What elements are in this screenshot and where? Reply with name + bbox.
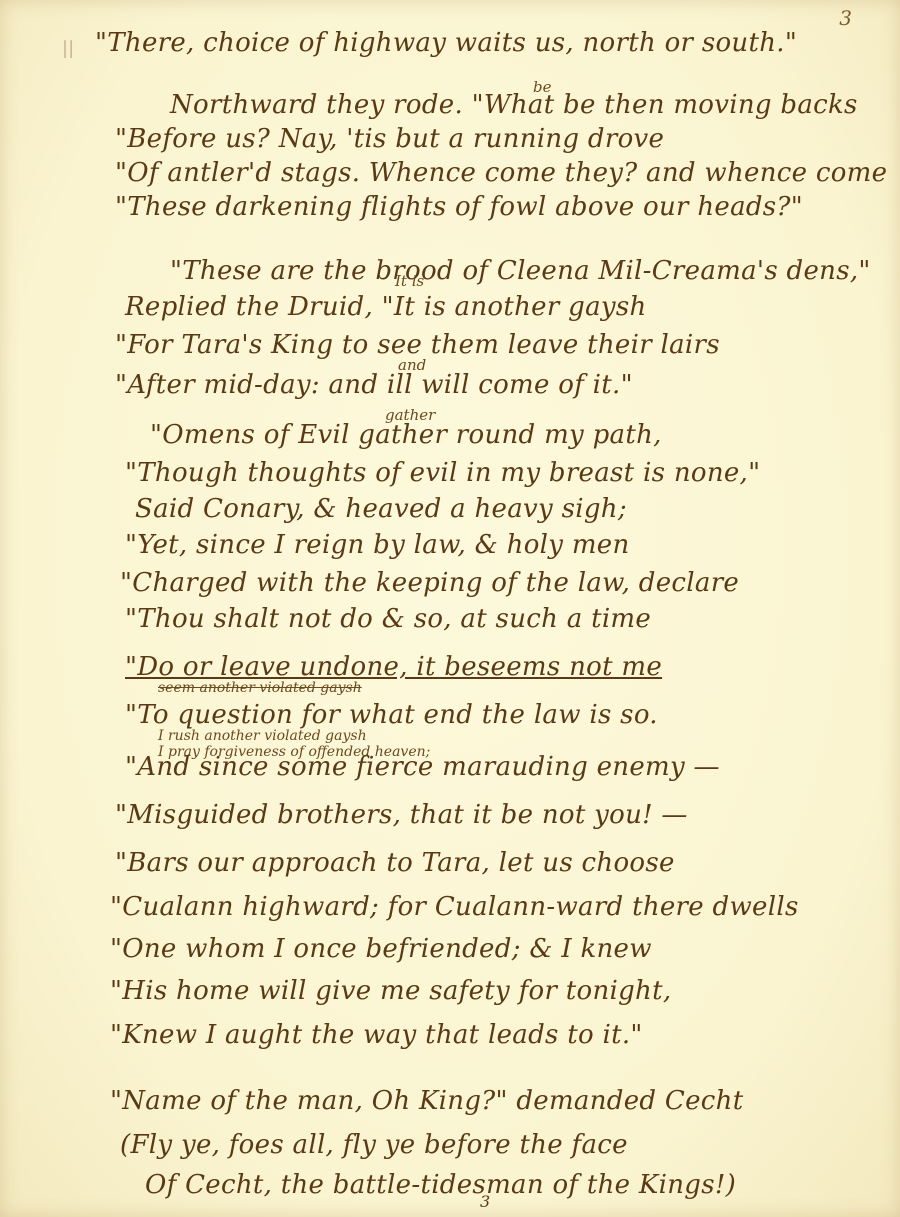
manuscript-line: Northward they rode. "What be then movin… xyxy=(170,90,858,120)
manuscript-line: "His home will give me safety for tonigh… xyxy=(110,976,671,1006)
page-number-bottom: 3 xyxy=(480,1192,490,1211)
manuscript-line: "Before us? Nay, 'tis but a running drov… xyxy=(115,124,664,154)
manuscript-line: "To question for what end the law is so. xyxy=(125,700,658,730)
manuscript-line: "Cualann highward; for Cualann-ward ther… xyxy=(110,892,799,922)
manuscript-line: "Bars our approach to Tara, let us choos… xyxy=(115,848,675,878)
manuscript-line: Replied the Druid, "It is another gaysh xyxy=(125,292,647,322)
manuscript-line: "Thou shalt not do & so, at such a time xyxy=(125,604,651,634)
manuscript-line: "Yet, since I reign by law, & holy men xyxy=(125,530,630,560)
manuscript-line: "After mid-day: and ill will come of it.… xyxy=(115,370,633,400)
manuscript-line: "These are the brood of Cleena Mil-Cream… xyxy=(170,256,871,286)
manuscript-line: "These darkening flights of fowl above o… xyxy=(115,192,803,222)
manuscript-line: "Though thoughts of evil in my breast is… xyxy=(125,458,760,488)
manuscript-line: "Name of the man, Oh King?" demanded Cec… xyxy=(110,1086,743,1116)
page-number-top: 3 xyxy=(839,6,852,30)
manuscript-line: (Fly ye, foes all, fly ye before the fac… xyxy=(120,1130,628,1160)
manuscript-line: "Do or leave undone, it beseems not me xyxy=(125,652,662,682)
manuscript-line: "There, choice of highway waits us, nort… xyxy=(95,28,797,58)
manuscript-line: "Knew I aught the way that leads to it." xyxy=(110,1020,643,1050)
manuscript-page: 3 || "There, choice of highway waits us,… xyxy=(0,0,900,1217)
manuscript-line: "Of antler'd stags. Whence come they? an… xyxy=(115,158,887,188)
manuscript-line: "Omens of Evil gather round my path, xyxy=(150,420,662,450)
manuscript-line: "And since some fierce marauding enemy — xyxy=(125,752,720,782)
interlinear-line: I rush another violated gaysh xyxy=(158,728,367,744)
manuscript-line: "Charged with the keeping of the law, de… xyxy=(120,568,739,598)
manuscript-line: "One whom I once befriended; & I knew xyxy=(110,934,652,964)
manuscript-line: Of Cecht, the battle-tidesman of the Kin… xyxy=(145,1170,736,1200)
margin-mark: || xyxy=(62,38,74,59)
manuscript-line: Said Conary, & heaved a heavy sigh; xyxy=(135,494,627,524)
insertion: It is xyxy=(395,272,424,290)
struck-line: seem another violated gaysh xyxy=(158,680,362,696)
manuscript-line: "Misguided brothers, that it be not you!… xyxy=(115,800,688,830)
